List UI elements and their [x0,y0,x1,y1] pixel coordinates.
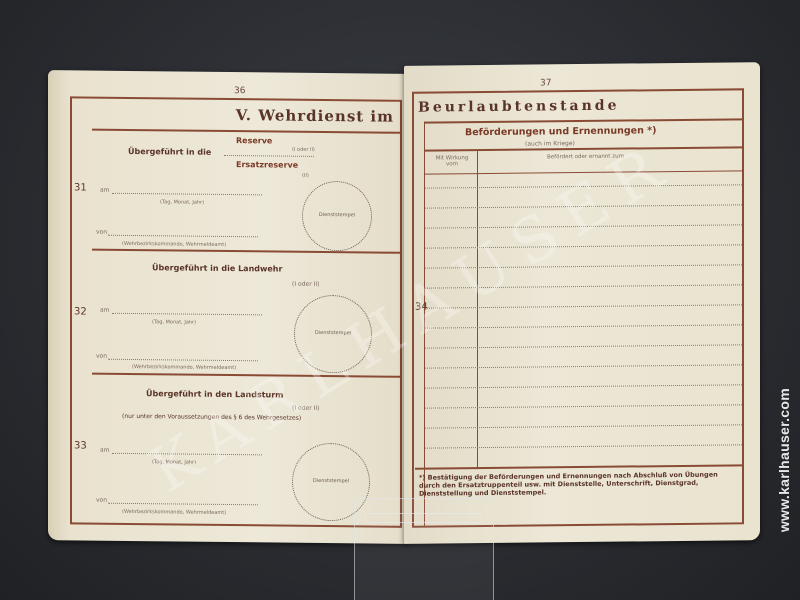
stamp-label: Dienststempel [295,330,371,337]
section-title: Übergeführt in die Landwehr [152,263,282,273]
promotions-subtitle: (auch im Kriege) [525,140,575,148]
section-32: 32 Übergeführt in die Landwehr (I oder I… [92,249,400,378]
table-row[interactable] [425,324,742,328]
page-number-right: 37 [540,78,551,88]
promotions-title: Beförderungen und Ernennungen *) [465,125,657,138]
table-row[interactable] [425,384,742,388]
option-hint: (I oder II) [292,405,319,412]
date-prefix: am [100,447,110,454]
right-page: 37 Beurlaubtenstande Beförderungen und E… [404,62,760,544]
table-row[interactable] [425,224,742,228]
left-page-frame: V. Wehrdienst im 31 Übergeführt in die R… [70,96,402,527]
fill-line[interactable] [224,155,314,157]
date-hint: (Tag, Monat, Jahr) [152,459,196,465]
website-watermark: www.karlhauser.com [776,388,792,532]
date-hint: (Tag, Monat, Jahr) [152,319,196,325]
date-field[interactable] [112,453,262,456]
option-hint: (I oder II) [292,281,319,288]
option-ersatzreserve: Ersatzreserve [236,160,298,170]
section-title: Übergeführt in die [128,147,211,157]
column-label: Mit Wirkung vom [429,155,475,167]
table-row[interactable] [425,204,742,208]
stamp-circle: Dienststempel [294,295,372,374]
option-hint: (I oder II) [292,147,315,153]
document-photo: 36 V. Wehrdienst im 31 Übergeführt in di… [0,0,800,600]
right-page-frame: Beurlaubtenstande Beförderungen und Erne… [412,88,744,527]
table-row[interactable] [425,404,742,408]
table-row[interactable] [425,344,742,348]
left-page: 36 V. Wehrdienst im 31 Übergeführt in di… [48,70,408,544]
stamp-label: Dienststempel [303,212,371,219]
from-field[interactable] [108,235,258,238]
date-field[interactable] [112,313,262,316]
table-row[interactable] [425,244,742,248]
table-row[interactable] [425,444,742,448]
right-page-header: Beurlaubtenstande [418,98,620,116]
date-hint: (Tag, Monat, Jahr) [160,199,204,205]
table-row[interactable] [425,304,742,308]
stamp-circle: Dienststempel [302,181,372,252]
date-prefix: am [100,307,110,314]
left-page-header: V. Wehrdienst im [236,106,394,126]
date-prefix: am [100,187,110,194]
stamp-label: Dienststempel [293,478,369,485]
column-header-date: Mit Wirkung vom [425,151,478,175]
from-prefix: von [96,229,107,236]
table-row[interactable] [425,184,742,188]
from-field[interactable] [108,359,258,362]
from-prefix: von [96,353,107,360]
section-number: 31 [74,182,87,193]
option-hint: (II) [302,173,309,179]
section-31: 31 Übergeführt in die Reserve (I oder II… [92,129,400,254]
section-title: Übergeführt in den Landsturm [146,389,284,399]
table-row[interactable] [425,284,742,288]
from-hint: (Wehrbezirkskommando, Wehrmeldeamt) [122,509,226,516]
column-label: Befördert oder ernannt zum [547,154,624,161]
table-rows [425,170,742,469]
option-reserve: Reserve [236,136,272,145]
section-number: 32 [74,306,87,317]
section-number: 33 [74,440,87,451]
from-hint: (Wehrbezirkskommando, Wehrmeldeamt) [122,241,226,248]
from-prefix: von [96,497,107,504]
from-hint: (Wehrbezirkskommando, Wehrmeldeamt) [132,364,236,371]
from-field[interactable] [108,503,258,506]
page-number-left: 36 [234,86,245,96]
date-field[interactable] [112,193,262,196]
table-row[interactable] [425,264,742,268]
acrylic-stand [354,498,494,600]
promotions-block: Beförderungen und Ernennungen *) (auch i… [424,118,742,525]
section-condition: (nur unter den Voraussetzungen des § 6 d… [122,413,301,422]
promotions-table: Mit Wirkung vom Befördert oder ernannt z… [425,146,742,469]
footnote-text: *) Bestätigung der Beförderungen und Ern… [419,470,738,497]
table-row[interactable] [425,424,742,428]
table-row[interactable] [425,364,742,368]
